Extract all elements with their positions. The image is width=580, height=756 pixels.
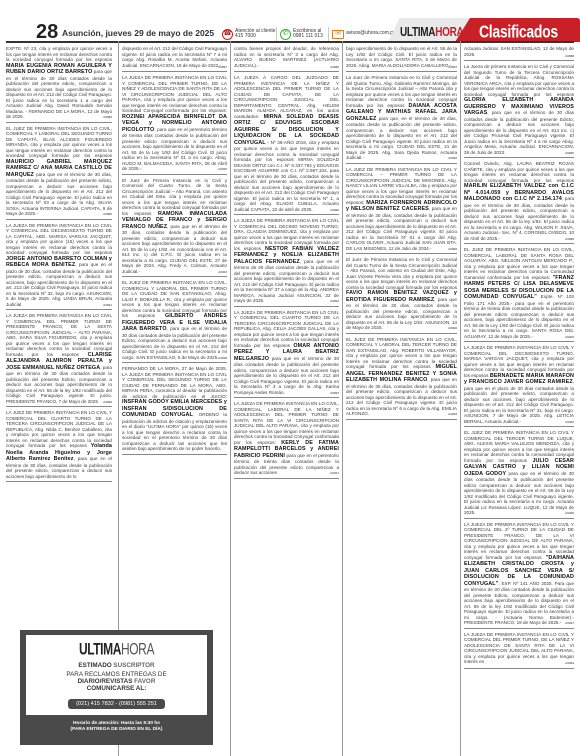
email-contact: ✉ avisos@uhora.com.py — [328, 27, 396, 41]
ad-code: A0883 — [103, 115, 112, 121]
classified-ad: dispuesto en el Art. 212 del Código Civi… — [122, 41, 227, 72]
classified-ad: bajo apercibimiento de lo dispuesto en e… — [346, 41, 457, 72]
ad-text: LA JUEZA DE PRIMERA INSTANCIA EN LO CIVI… — [122, 75, 227, 113]
ad-text: LA JUEZA A CARGO DEL JUZGADO DE PRIMERA … — [234, 75, 339, 119]
ad-text-cont: , para que en término de 30 días contado… — [6, 365, 112, 404]
ad-text: EL JUEZ DE PRIMERA INSTANCIA EN LO CIVIL… — [6, 126, 112, 159]
ad-code: A0894 — [330, 299, 339, 305]
classified-ad: LA JUEZA DE PRIMERA INSTANCIA EN LO CIVI… — [234, 215, 339, 307]
column-3: contra bienes propios del deudor, de ref… — [230, 41, 339, 756]
classified-ad: LA JUEZA DE PRIMERA INSTANCIA EN LO CIVI… — [234, 398, 339, 479]
classified-ad: Actuaria Judicial. SAN ESTANISLAO, 12 de… — [464, 41, 574, 61]
classified-ad: LA JUEZA DE PRIMERA INSTANCIA EN LO CIVI… — [6, 220, 112, 311]
ad-text: bajo apercibimiento de lo dispuesto en e… — [346, 46, 457, 68]
whatsapp-icon: ✆ — [280, 29, 291, 40]
promo-phone-numbers[interactable]: (021) 415 7832 - (0981) 555 251 — [68, 699, 165, 709]
page-header: 28 Asunción, jueves 29 de mayo de 2025 ☎… — [0, 0, 580, 40]
ad-code: A0887 — [448, 65, 457, 71]
ad-text-cont: - Nº 36-AÑO 2019, cita y emplaza por qui… — [234, 140, 339, 212]
classified-ad: EL JUEZ DE PRIMERA INSTANCIA EN LO CIVIL… — [122, 277, 227, 363]
ad-code: A0908 — [218, 356, 227, 362]
ad-code: A0890 — [330, 208, 339, 214]
ad-text: LA JUEZA DE PRIMERA INSTANCIA EN LO CIVI… — [6, 313, 112, 357]
ad-text-cont: para que en el término de 30 días contad… — [464, 471, 574, 516]
ad-text-cont: , para que en el término de 30 días, con… — [346, 206, 457, 251]
ad-text-cont: . EXP. Nº 141 AÑO 2025. Para que en térm… — [464, 581, 574, 626]
ad-code: A0905 — [565, 420, 574, 426]
section-banner: Clasificados — [455, 18, 580, 42]
ad-text: FERNANDO DE LA MORA, 27 de Mayo de 2025.… — [122, 366, 227, 399]
ad-code: A0903 — [448, 412, 457, 418]
ad-code: A0898 — [565, 237, 574, 243]
ad-text: Actuaria Judicial. SAN ESTANISLAO, 12 de… — [464, 46, 574, 57]
column-5: Actuaria Judicial. SAN ESTANISLAO, 12 de… — [460, 41, 574, 756]
customer-service-contact: ☎ Atención al cliente:415 7000 — [222, 27, 277, 41]
promo-headline: ESTIMADO SUSCRIPTOR — [26, 662, 207, 669]
classified-ad: LA JUEZA A CARGO DEL JUZGADO DE PRIMERA … — [234, 72, 339, 215]
ad-text: La Jueza de primera Instancia en lo Civi… — [464, 64, 574, 97]
ad-code: A0891 — [103, 303, 112, 309]
ad-text: contra bienes propios del deudor, de ref… — [234, 46, 339, 68]
email-icon: ✉ — [332, 30, 344, 39]
ad-code: A0900 — [218, 167, 227, 173]
ad-code: A0896 — [448, 247, 457, 253]
ad-code: A0885 — [103, 212, 112, 218]
ad-text: LA JUEZA DE PRIMERA INSTANCIA EN LO CIVI… — [464, 632, 574, 665]
ad-code: A0901 — [330, 471, 339, 477]
ad-text-cont: Expte. Nº 103 Folio 171 Año 2025.- para … — [464, 294, 574, 339]
page-number: 28 — [36, 24, 58, 40]
contact-email[interactable]: avisos@uhora.com.py — [346, 31, 396, 37]
classified-ad: Coronel Oviedo, Abg. LAURA BEATRIZ ROJAS… — [464, 158, 574, 244]
promo-footer: Horario de atención: Hasta las 9:30 hs (… — [20, 721, 213, 733]
ad-code: A0892 — [448, 156, 457, 162]
whatsapp-contact: ✆ Escribinos al0981 111 013 — [276, 27, 323, 41]
contact-whatsapp[interactable]: 0981 111 013 — [293, 33, 323, 39]
ad-code: A0899 — [448, 326, 457, 332]
ad-text: Coronel Oviedo, Abg. LAURA BEATRIZ ROJAS… — [464, 161, 574, 183]
ad-code: A0886 — [330, 65, 339, 71]
ad-text-cont: para que en el término de 30 días, conta… — [6, 172, 112, 217]
subscriber-promo-box: ULTIMAHORA ESTIMADO SUSCRIPTOR PARA RECL… — [20, 630, 213, 745]
promo-logo: ULTIMAHORA — [26, 640, 207, 659]
classified-ad: LA JUEZA DE PRIMERA INSTANCIA EN LO CIVI… — [464, 519, 574, 629]
ad-text-cont: , para que en el término de 30 días, con… — [122, 224, 227, 274]
classified-ad: El Juez de Primera Instancia en lo Civil… — [122, 175, 227, 278]
section-title: Clasificados — [479, 21, 558, 41]
ad-text-cont: para que en el término de 30 días contad… — [234, 356, 339, 395]
ad-text-cont: , para que en el perentorio término de t… — [122, 127, 227, 172]
classified-ad: LA JUEZA DE PRIMERA INSTANCIA EN LO CIVI… — [464, 629, 574, 669]
ad-code: A0902 — [565, 335, 574, 341]
ad-text: LA JUEZA DE PRIMERA INSTANCIA EN LO CIVI… — [234, 401, 339, 445]
ad-text: LA JUEZA DE PRIMERA INSTANCIA EN LO CIVI… — [6, 223, 112, 256]
ad-text-cont: , ORDENO la publicación de edictos de ci… — [122, 412, 227, 451]
publication-date: Asunción, jueves 29 de mayo de 2025 — [62, 28, 214, 38]
classified-ad: LA JUEZA DE PRIMERA INSTANCIA EN LO CIVI… — [122, 72, 227, 175]
classified-ad: La Juez de Primera Instancia en lo Civil… — [346, 72, 457, 164]
classified-ad: EL JUEZ DE PRIMERA INSTANCIA EN LO CIVIL… — [464, 427, 574, 519]
ad-text: El Juez de Primera Instancia en lo Civil… — [346, 257, 457, 290]
classified-ad: LA JUEZA DE PRIMERA INSTANCIA EN LO CIVI… — [6, 310, 112, 407]
classified-ad: La Jueza de primera Instancia en lo Civi… — [464, 61, 574, 158]
classified-ad: El Juez de Primera Instancia en lo Civil… — [346, 254, 457, 334]
ad-code: A0904 — [218, 270, 227, 276]
ad-text: EXPTE. Nº 23, cita y emplaza por quince … — [6, 46, 112, 62]
ad-code: A0906 — [565, 511, 574, 517]
classified-ad: LA JUEZA DE PRIMERA INSTANCIA EN LO CIVI… — [464, 342, 574, 427]
promo-line-3: DIARIO/REVISTAS FAVOR — [26, 678, 207, 685]
ad-party-names: MARILIN ELIZABETH VALDEZ con C.I.C Nº 4.… — [464, 183, 574, 202]
classified-ad: EXPTE. Nº 23, cita y emplaza por quince … — [6, 41, 112, 123]
promo-line-4: COMUNICARSE AL: — [26, 685, 207, 692]
classified-ad: LA JUEZA DE PRIMERA INSTANCIA EN LO CIVI… — [234, 307, 339, 399]
ad-text-cont: , para que en el término de 30 días, con… — [464, 196, 574, 241]
ad-text-cont: , para que en el término de 30 días cont… — [234, 259, 339, 304]
classified-ad: contra bienes propios del deudor, de ref… — [234, 41, 339, 72]
ad-text-cont: , para que en el plazo de 30 días, conta… — [6, 262, 112, 307]
promo-line-2: PARA RECLAMOS ENTREGAS DE — [26, 671, 207, 678]
classified-ad: EL JUEZ DE PRIMERA INSTANCIA EN LO CIVIL… — [346, 334, 457, 420]
ad-text-cont: para que, en el término de 30 días, cont… — [346, 116, 457, 161]
classified-ad: LA JUEZ DE PRIMERA INSTANCIA EN LO CIVIL… — [6, 407, 112, 482]
ad-code: A0909 — [565, 661, 574, 667]
classified-ad: EL JUEZ DE PRIMERA INSTANCIA EN LO CIVIL… — [6, 123, 112, 220]
ad-code: A0888 — [565, 54, 574, 60]
ad-text-cont: para que en el término de 30 días contad… — [6, 69, 112, 119]
classified-ad: FERNANDO DE LA MORA, 27 de Mayo de 2025.… — [122, 363, 227, 455]
ad-code: A0897 — [218, 65, 227, 71]
ad-text-cont: , para que en el plazo de 30 días contad… — [464, 379, 574, 424]
brand-logo: ULTIMAHORA — [400, 25, 463, 39]
classified-ad: EL JUEZ DE PRIMERA INSTANCIA EN LO CIVIL… — [464, 244, 574, 342]
classified-ad: LA JUEZ DE PRIMERA INSTANCIA EN LO CIVIL… — [346, 164, 457, 255]
ad-code: A0907 — [565, 621, 574, 627]
column-4: bajo apercibimiento de lo dispuesto en e… — [342, 41, 457, 756]
contact-phone[interactable]: 415 7000 — [235, 33, 256, 39]
ad-code: A0895 — [565, 151, 574, 157]
phone-icon: ☎ — [222, 29, 233, 40]
ad-text-cont: , para que en el término de 30 días, con… — [346, 377, 457, 416]
ad-text-cont: , para que en el término de 30 días cont… — [464, 110, 574, 155]
ad-text: dispuesto en el Art. 212 del Código Civi… — [122, 46, 227, 68]
ad-code: A0893 — [103, 400, 112, 406]
promo-note: (PARA ENTREGA DE DIARIO EN EL DÍA) — [20, 727, 213, 733]
promo-content: ULTIMAHORA ESTIMADO SUSCRIPTOR PARA RECL… — [26, 635, 207, 715]
ad-code: A0897 — [330, 391, 339, 397]
